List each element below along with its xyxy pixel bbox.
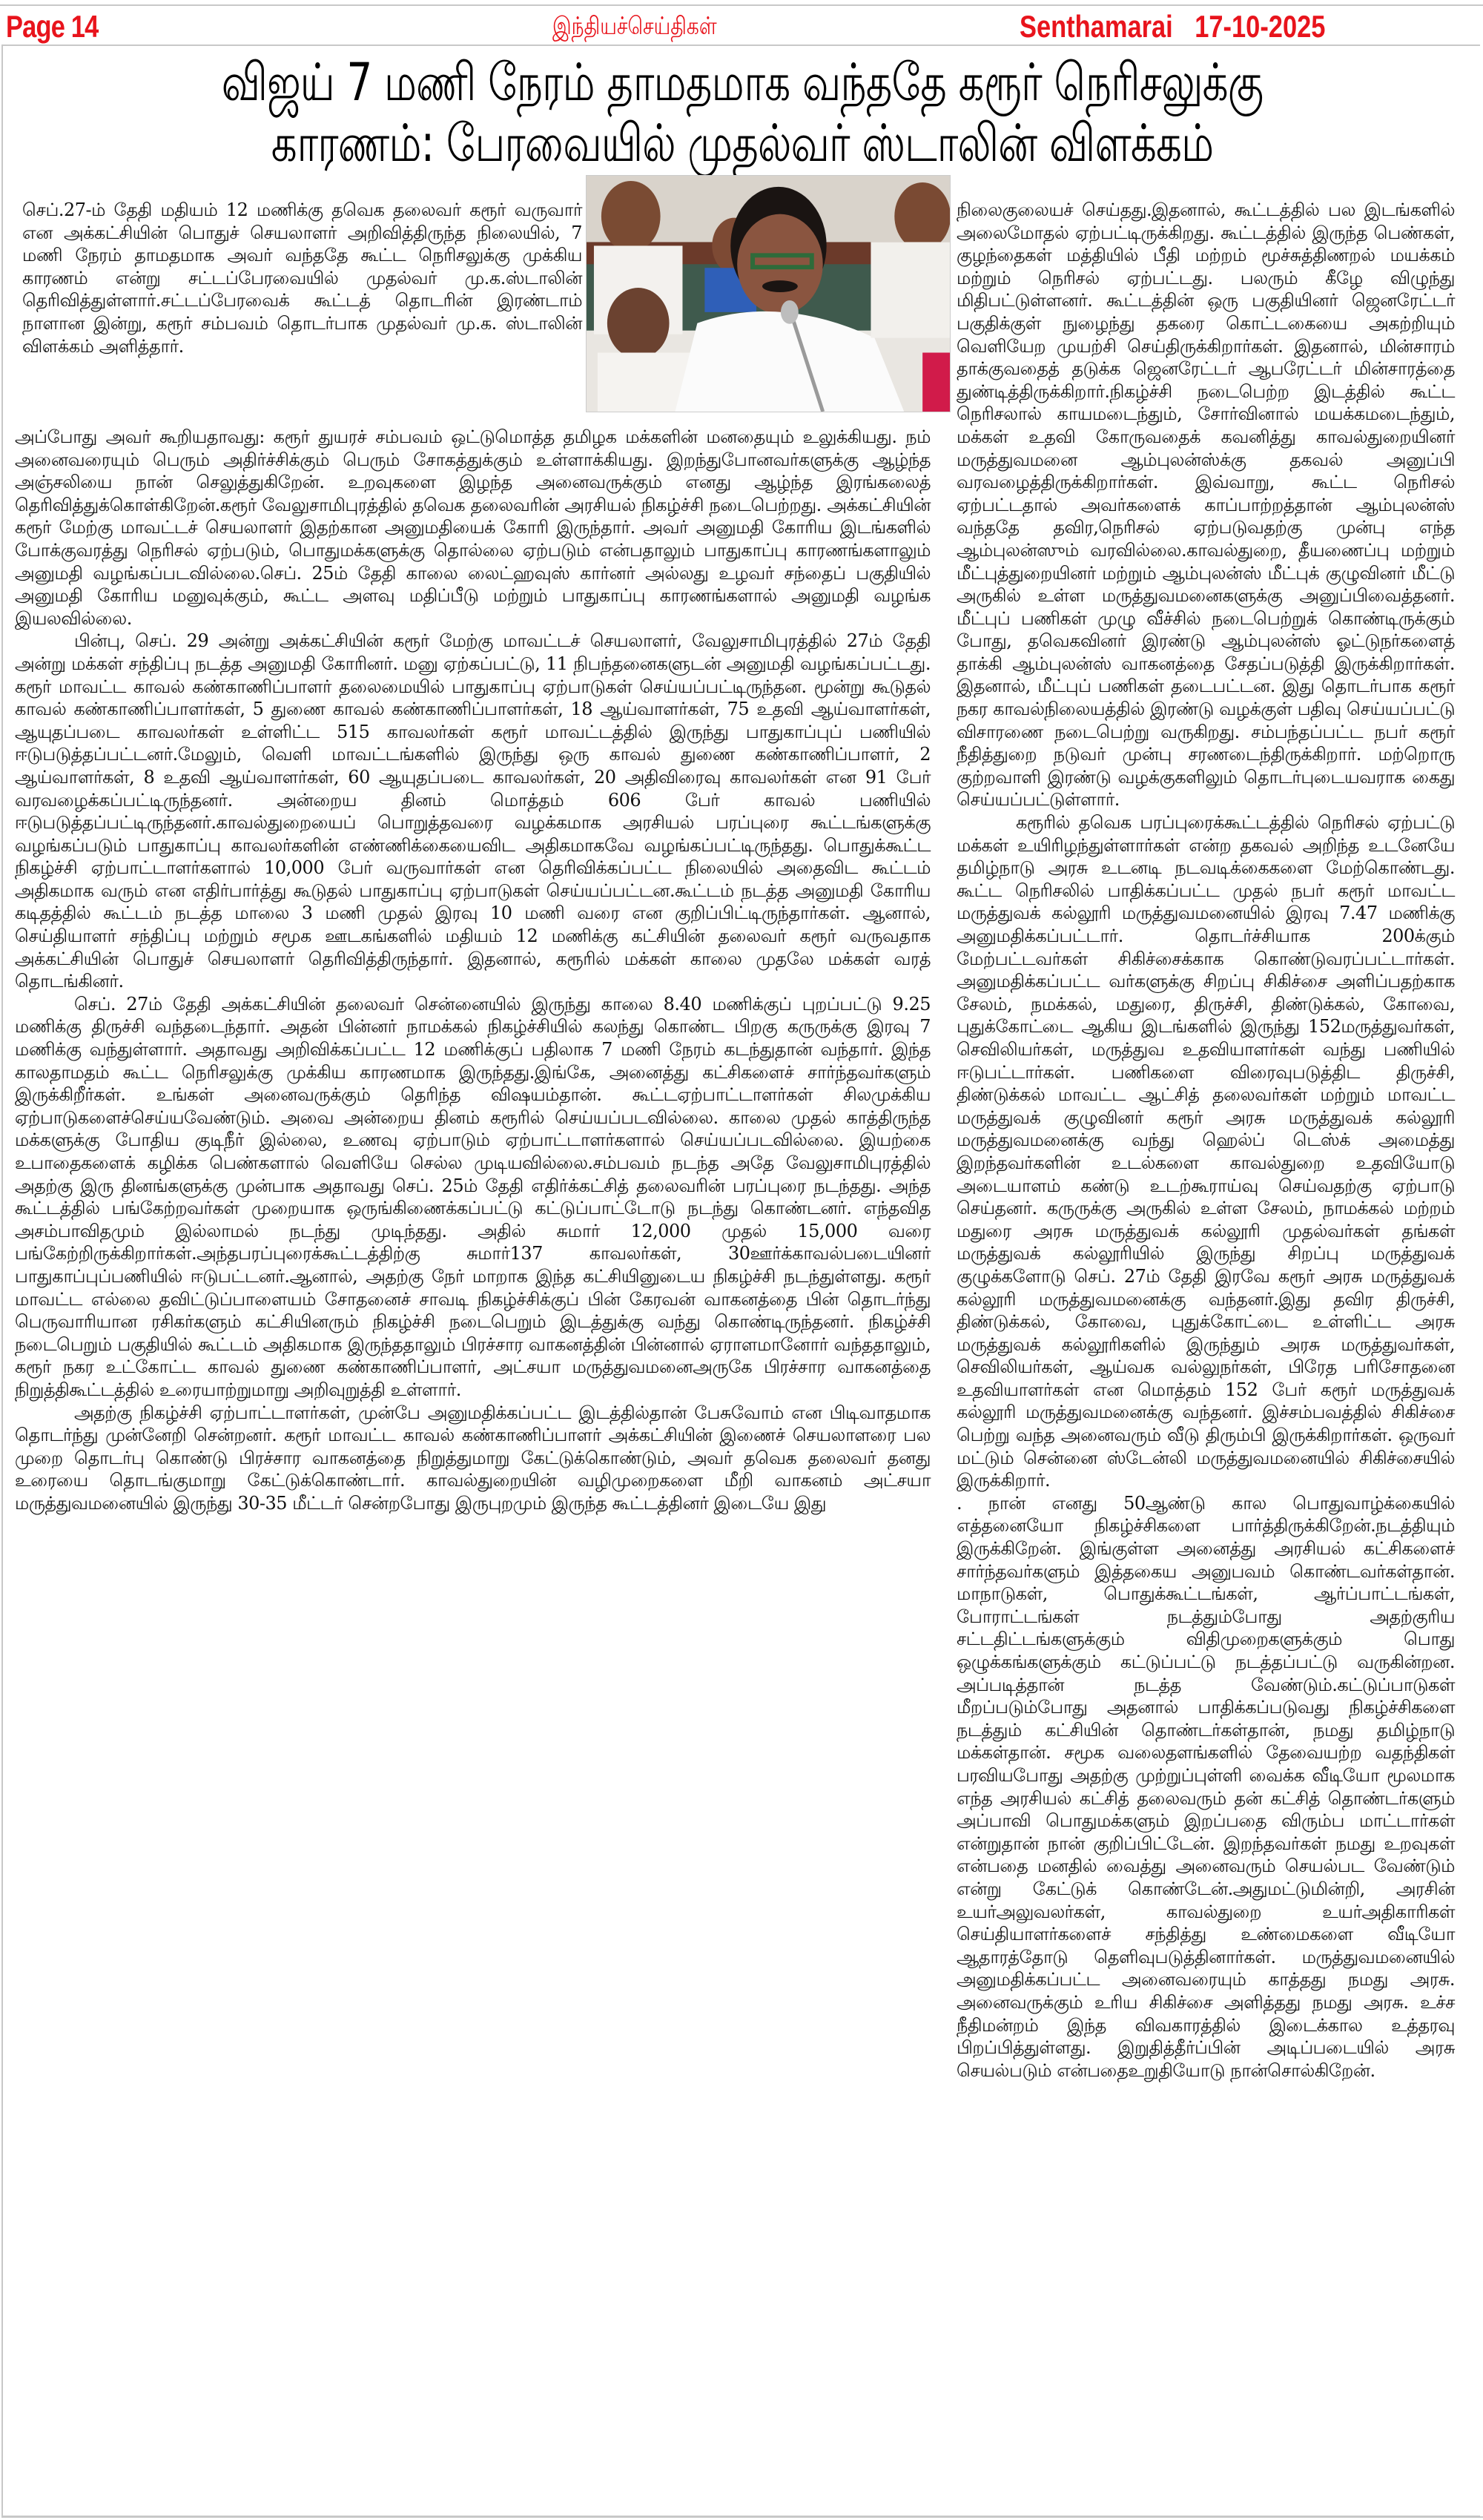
page-number: Page 14 — [6, 9, 98, 44]
masthead: Senthamarai17-10-2025 — [1020, 9, 1325, 44]
left-column: அப்போது அவர் கூறியதாவது: கரூர் துயரச் சம… — [15, 426, 931, 1515]
headline-line-1: விஜய் 7 மணி நேரம் தாமதமாக வந்ததே கரூர் ந… — [165, 52, 1318, 113]
right-column: நிலைகுலையச் செய்தது.இதனால், கூட்டத்தில் … — [957, 199, 1455, 2082]
body-paragraph: . நான் எனது 50ஆண்டு கால பொதுவாழ்க்கையில்… — [957, 1492, 1455, 2082]
page-bottom-rule — [1, 2516, 1483, 2518]
section-title: இந்தியச்செய்திகள் — [552, 12, 717, 44]
header-top-rule — [0, 4, 1483, 6]
left-column-top: செப்.27-ம் தேதி மதியம் 12 மணிக்கு தவெக த… — [22, 199, 582, 357]
body-paragraph: பின்பு, செப். 29 அன்று அக்கட்சியின் கரூர… — [15, 630, 931, 993]
body-paragraph: செப். 27ம் தேதி அக்கட்சியின் தலைவர் சென்… — [15, 993, 931, 1402]
newspaper-name: Senthamarai — [1020, 9, 1173, 44]
body-paragraph: அதற்கு நிகழ்ச்சி ஏற்பாட்டாளர்கள், முன்பே… — [15, 1402, 931, 1515]
lead-paragraph: செப்.27-ம் தேதி மதியம் 12 மணிக்கு தவெக த… — [22, 199, 582, 357]
page-header: Page 14 இந்தியச்செய்திகள் Senthamarai17-… — [0, 7, 1483, 44]
headline-line-2: காரணம்: பேரவையில் முதல்வர் ஸ்டாலின் விளக… — [165, 113, 1318, 174]
body-paragraph: அப்போது அவர் கூறியதாவது: கரூர் துயரச் சம… — [15, 426, 931, 630]
speaker-photo-illustration — [587, 176, 950, 412]
body-paragraph: நிலைகுலையச் செய்தது.இதனால், கூட்டத்தில் … — [957, 199, 1455, 811]
body-paragraph: கரூரில் தவெக பரப்புரைக்கூட்டத்தில் நெரிச… — [957, 811, 1455, 1492]
publication-date: 17-10-2025 — [1195, 9, 1325, 44]
article-headline: விஜய் 7 மணி நேரம் தாமதமாக வந்ததே கரூர் ந… — [3, 52, 1482, 174]
article-photo — [586, 175, 951, 412]
